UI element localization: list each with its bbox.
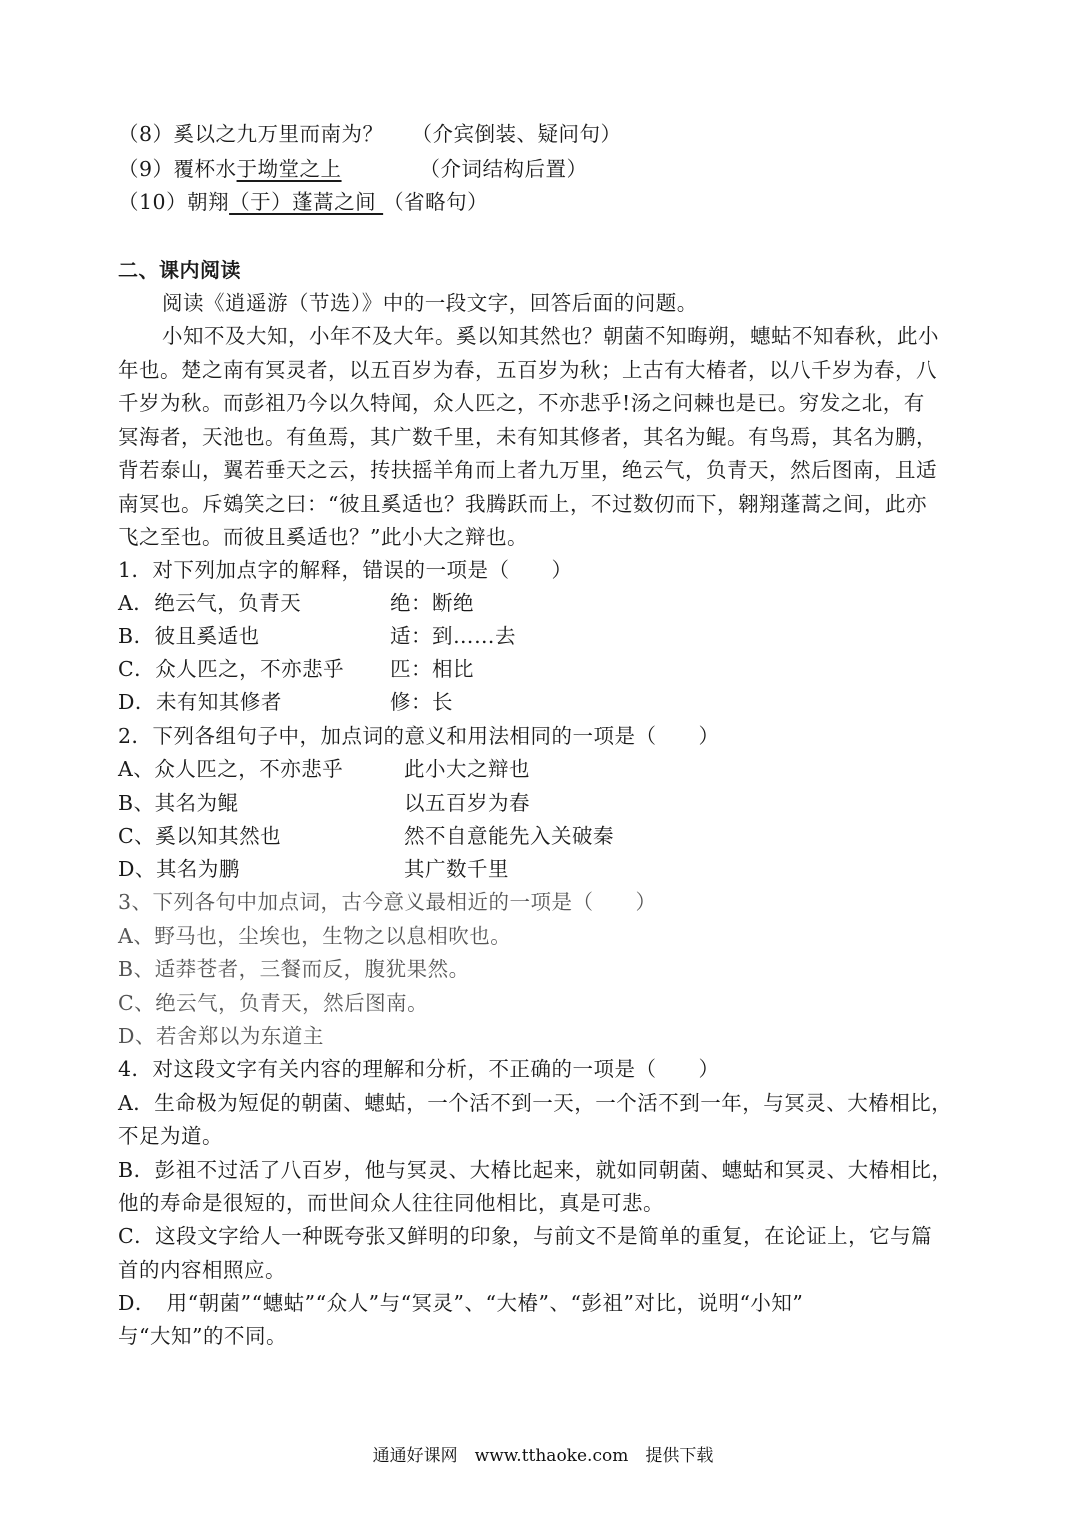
option-label: D、 bbox=[118, 1024, 156, 1048]
option-text: 绝云气，负青天 bbox=[154, 591, 301, 615]
option-text: 其名为鲲 bbox=[155, 791, 239, 815]
option-label: C． bbox=[118, 657, 155, 681]
option-pair: 此小大之辩也 bbox=[404, 753, 530, 786]
option-gloss: 绝：断绝 bbox=[390, 587, 474, 620]
option-text: 若舍郑以为东道主 bbox=[156, 1024, 324, 1048]
question-2-option-b: B、其名为鲲 以五百岁为春 bbox=[118, 787, 239, 820]
option-text: 众人匹之，不亦悲乎 bbox=[155, 657, 344, 681]
question-4-option-d-line2: 与“大知”的不同。 bbox=[118, 1320, 287, 1353]
question-3-stem: 3、下列各句中加点词，古今意义最相近的一项是（ ） bbox=[118, 886, 657, 919]
passage-line: 飞之至也。而彼且奚适也？”此小大之辩也。 bbox=[118, 521, 528, 554]
question-2-option-d: D、其名为鹏 其广数千里 bbox=[118, 853, 240, 886]
option-text: 其名为鹏 bbox=[156, 857, 240, 881]
question-4-option-c-line1: C．这段文字给人一种既夸张又鲜明的印象，与前文不是简单的重复，在论证上，它与篇 bbox=[118, 1220, 932, 1253]
item-note: （介宾倒装、疑问句） bbox=[412, 122, 622, 146]
item-note: （省略句） bbox=[383, 190, 488, 214]
passage-line: 背若泰山，翼若垂天之云，抟扶摇羊角而上者九万里，绝云气，负青天，然后图南，且适 bbox=[118, 454, 937, 487]
option-label: D、 bbox=[118, 857, 156, 881]
item-text: 朝翔 bbox=[187, 190, 229, 214]
question-1-option-c: C．众人匹之，不亦悲乎 匹：相比 bbox=[118, 653, 344, 686]
option-gloss: 匹：相比 bbox=[390, 653, 474, 686]
option-label: C、 bbox=[118, 824, 155, 848]
option-gloss: 修：长 bbox=[390, 686, 453, 719]
option-label: C、 bbox=[118, 991, 155, 1015]
option-pair: 其广数千里 bbox=[404, 853, 509, 886]
option-label: B． bbox=[118, 624, 155, 648]
option-text: 彼且奚适也 bbox=[155, 624, 260, 648]
item-text: 覆杯水 bbox=[174, 157, 237, 181]
option-label: D． bbox=[118, 690, 156, 714]
syntax-item-8: （8）奚以之九万里而南为？（介宾倒装、疑问句） bbox=[118, 118, 622, 151]
question-3-option-a: A、野马也，尘埃也，生物之以息相吹也。 bbox=[118, 920, 511, 953]
question-2-stem: 2．下列各组句子中，加点词的意义和用法相同的一项是（ ） bbox=[118, 720, 720, 753]
passage-line: 千岁为秋。而彭祖乃今以久特闻，众人匹之，不亦悲乎!汤之问棘也是已。穷发之北，有 bbox=[118, 387, 925, 420]
passage-line: 冥海者，天池也。有鱼焉，其广数千里，未有知其修者，其名为鲲。有鸟焉，其名为鹏， bbox=[118, 421, 937, 454]
question-1-stem: 1．对下列加点字的解释，错误的一项是（ ） bbox=[118, 554, 573, 587]
question-1-option-d: D．未有知其修者 修：长 bbox=[118, 686, 282, 719]
option-pair: 以五百岁为春 bbox=[404, 787, 530, 820]
item-text-underlined: （于）蓬蒿之间 bbox=[229, 190, 383, 214]
option-text: 众人匹之，不亦悲乎 bbox=[154, 757, 343, 781]
section-intro: 阅读《逍遥游（节选）》中的一段文字，回答后面的问题。 bbox=[162, 287, 698, 320]
item-text-underlined: 于坳堂之上 bbox=[237, 157, 342, 181]
option-text: 适莽苍者，三餐而反，腹犹果然。 bbox=[155, 957, 470, 981]
option-label: A、 bbox=[118, 924, 154, 948]
question-3-option-b: B、适莽苍者，三餐而反，腹犹果然。 bbox=[118, 953, 470, 986]
option-label: A、 bbox=[118, 757, 154, 781]
option-text: 未有知其修者 bbox=[156, 690, 282, 714]
section-title: 二、课内阅读 bbox=[118, 254, 241, 287]
page-footer: 通通好课网 www.tthaoke.com 提供下载 bbox=[0, 1443, 1086, 1469]
option-text: 奚以知其然也 bbox=[155, 824, 281, 848]
syntax-item-9: （9）覆杯水于坳堂之上（介词结构后置） bbox=[118, 153, 588, 186]
question-4-option-c-line2: 首的内容相照应。 bbox=[118, 1254, 286, 1287]
question-3-option-c: C、绝云气，负青天，然后图南。 bbox=[118, 987, 428, 1020]
question-4-option-a-line2: 不足为道。 bbox=[118, 1120, 223, 1153]
option-text: 野马也，尘埃也，生物之以息相吹也。 bbox=[154, 924, 511, 948]
passage-line: 小知不及大知，小年不及大年。奚以知其然也？朝菌不知晦朔，蟪蛄不知春秋，此小 bbox=[162, 320, 939, 353]
passage-line: 年也。楚之南有冥灵者，以五百岁为春，五百岁为秋；上古有大椿者，以八千岁为春，八 bbox=[118, 354, 937, 387]
option-label: A． bbox=[118, 591, 154, 615]
syntax-item-10: （10）朝翔（于）蓬蒿之间 （省略句） bbox=[118, 186, 488, 219]
option-pair: 然不自意能先入关破秦 bbox=[404, 820, 614, 853]
question-2-option-c: C、奚以知其然也 然不自意能先入关破秦 bbox=[118, 820, 281, 853]
item-number: （9） bbox=[118, 157, 174, 181]
option-label: B、 bbox=[118, 957, 155, 981]
question-3-option-d: D、若舍郑以为东道主 bbox=[118, 1020, 324, 1053]
option-label: B、 bbox=[118, 791, 155, 815]
item-number: （8） bbox=[118, 122, 174, 146]
option-text: 绝云气，负青天，然后图南。 bbox=[155, 991, 428, 1015]
question-4-option-b-line1: B．彭祖不过活了八百岁，他与冥灵、大椿比起来，就如同朝菌、蟪蛄和冥灵、大椿相比， bbox=[118, 1154, 953, 1187]
question-1-option-b: B．彼且奚适也 适：到……去 bbox=[118, 620, 260, 653]
item-number: （10） bbox=[118, 190, 187, 214]
question-4-option-b-line2: 他的寿命是很短的，而世间众人往往同他相比，真是可悲。 bbox=[118, 1187, 664, 1220]
item-note: （介词结构后置） bbox=[420, 157, 588, 181]
question-4-option-d-line1: D． 用“朝菌”“蟪蛄”“众人”与“冥灵”、“大椿”、“彭祖”对比，说明“小知” bbox=[118, 1287, 803, 1320]
option-gloss: 适：到……去 bbox=[390, 620, 516, 653]
question-4-option-a-line1: A．生命极为短促的朝菌、蟪蛄，一个活不到一天，一个活不到一年，与冥灵、大椿相比， bbox=[118, 1087, 952, 1120]
question-4-stem: 4．对这段文字有关内容的理解和分析，不正确的一项是（ ） bbox=[118, 1053, 720, 1086]
passage-line: 南冥也。斥鴳笑之曰：“彼且奚适也？我腾跃而上，不过数仞而下，翱翔蓬蒿之间，此亦 bbox=[118, 488, 927, 521]
question-2-option-a: A、众人匹之，不亦悲乎 此小大之辩也 bbox=[118, 753, 343, 786]
item-text: 奚以之九万里而南为？ bbox=[174, 122, 384, 146]
question-1-option-a: A．绝云气，负青天 绝：断绝 bbox=[118, 587, 301, 620]
